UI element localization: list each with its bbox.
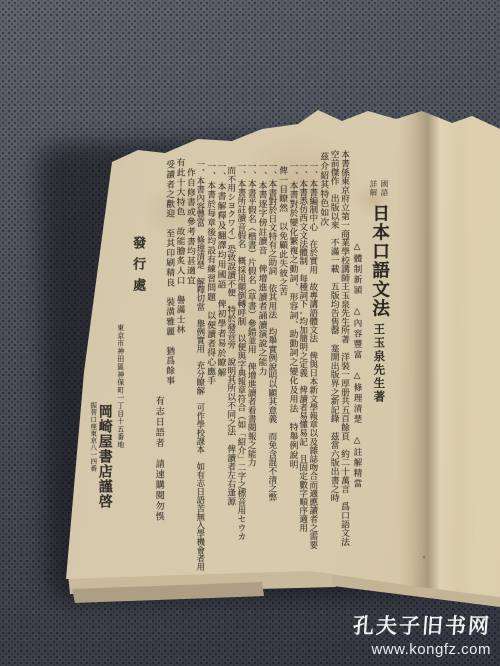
feature-item-column: 一、本書內容豐富 條理清楚 解釋切當 舉例實用 充分瞭解 可作學校課本 如有志日… bbox=[195, 146, 205, 576]
feature-item-column: 一、本書所註讀音假名 概採用顛倒轉呼制 以便與字典報章符合（如「紹介」二字之標音… bbox=[236, 146, 246, 576]
page-title: 日本口語文法 bbox=[369, 204, 388, 318]
feature-item-column: 一、本書對於日文特有之助詞 依其用法 均舉實例說明以顯其意義 而免含混不清之弊 bbox=[267, 146, 277, 576]
intro-column: 茲介紹其特色如次 bbox=[318, 146, 328, 576]
publisher-address: 東京市神田區神保町一丁目十五番地 bbox=[116, 146, 124, 576]
feature-item-column: 作自修書或參考書均甚適宜 bbox=[184, 146, 194, 576]
feature-triangles-column: △體制新頴 △內容豐富 △條理清楚 △註解精當 bbox=[352, 146, 362, 576]
publisher-section-label: 發行處 bbox=[130, 146, 145, 576]
ad-columns: △體制新頴 △內容豐富 △條理清楚 △註解精當本書係東京府立第一商業學校講師王玉… bbox=[82, 146, 362, 576]
watermark: 孔夫子旧书网 www.kongfz.com bbox=[353, 610, 491, 658]
watermark-site-name: 孔夫子旧书网 bbox=[352, 610, 492, 640]
intro-column: 空前傑作 出版以來 不滿一載 五版均告售罄 寔開出版界之新記錄 茲當六版出書之時 bbox=[328, 146, 338, 576]
feature-item-column: 一、本書對於變化繁複之動詞、形容詞、助動詞之變化及用法 特舉例說明 bbox=[287, 146, 297, 576]
publisher-postal-account: 振替口座東京八一四番 bbox=[89, 146, 97, 576]
edition-label-left: 詳解 bbox=[369, 180, 378, 197]
closing-column: 受讀者之歡迎 至其印刷精良 裝潢雅麗 猶爲餘事 bbox=[164, 146, 174, 576]
feature-item-column: 一、本書解釋及翻譯均用國語 俾初學者易於瞭解 bbox=[215, 146, 225, 576]
feature-item-column: 俾一目瞭然 以免顧此失彼之苦 bbox=[277, 146, 287, 576]
feature-item-column: 一、本書悉仿西文文法體制 每種詞下 均加簡明之定義 俾讀者易懂易記 且固定數字順… bbox=[298, 146, 308, 576]
photo-of-old-book: 國語 詳解 日本口語文法 王玉泉先生著 △體制新頴 △內容豐富 △條理清楚 △註… bbox=[0, 0, 500, 666]
title-block: 國語 詳解 日本口語文法 王玉泉先生著 bbox=[358, 146, 400, 404]
feature-item-column: 一、本書逐字傍註讀音 俾增進讀者誦讀演說之能力 bbox=[256, 146, 266, 576]
closing-column: 有志日語者 請速購閱勿悞 bbox=[153, 146, 164, 576]
feature-item-column: 一、本書編制中心 在於實用 故專講語體文法 俾與日本新文學報章以及雜誌吻合而適應… bbox=[308, 146, 318, 576]
feature-item-column: 一、本書於每章後均設有練習問題 以便讀者得心應手 bbox=[205, 146, 215, 576]
book-author: 王玉泉先生著 bbox=[373, 323, 386, 404]
edition-label: 國語 詳解 bbox=[369, 180, 389, 197]
intro-column: 本書係東京府立第一商業學校講師王玉泉先生所著 洋裝一厚册共五百餘頁 約二十萬言 … bbox=[339, 146, 349, 576]
closing-column: 有此十大特色 故能膾炙人口 譽滿士林 bbox=[174, 146, 184, 576]
publisher-name: 岡崎屋書店謹啓 bbox=[96, 146, 113, 576]
watermark-site-url: www.kongfz.com bbox=[353, 641, 491, 658]
feature-item-column: 而不用シヨクワイ）恐致誤讀不便 特於發音旁 說明其所以不同之法 俾讀者左右逢源 bbox=[226, 146, 236, 576]
feature-item-column: 一、本書平假名（楷書）片假名（草書）參錯並用 俾增進讀者看書閱報之能力 bbox=[246, 146, 256, 576]
edition-label-right: 國語 bbox=[380, 180, 389, 197]
